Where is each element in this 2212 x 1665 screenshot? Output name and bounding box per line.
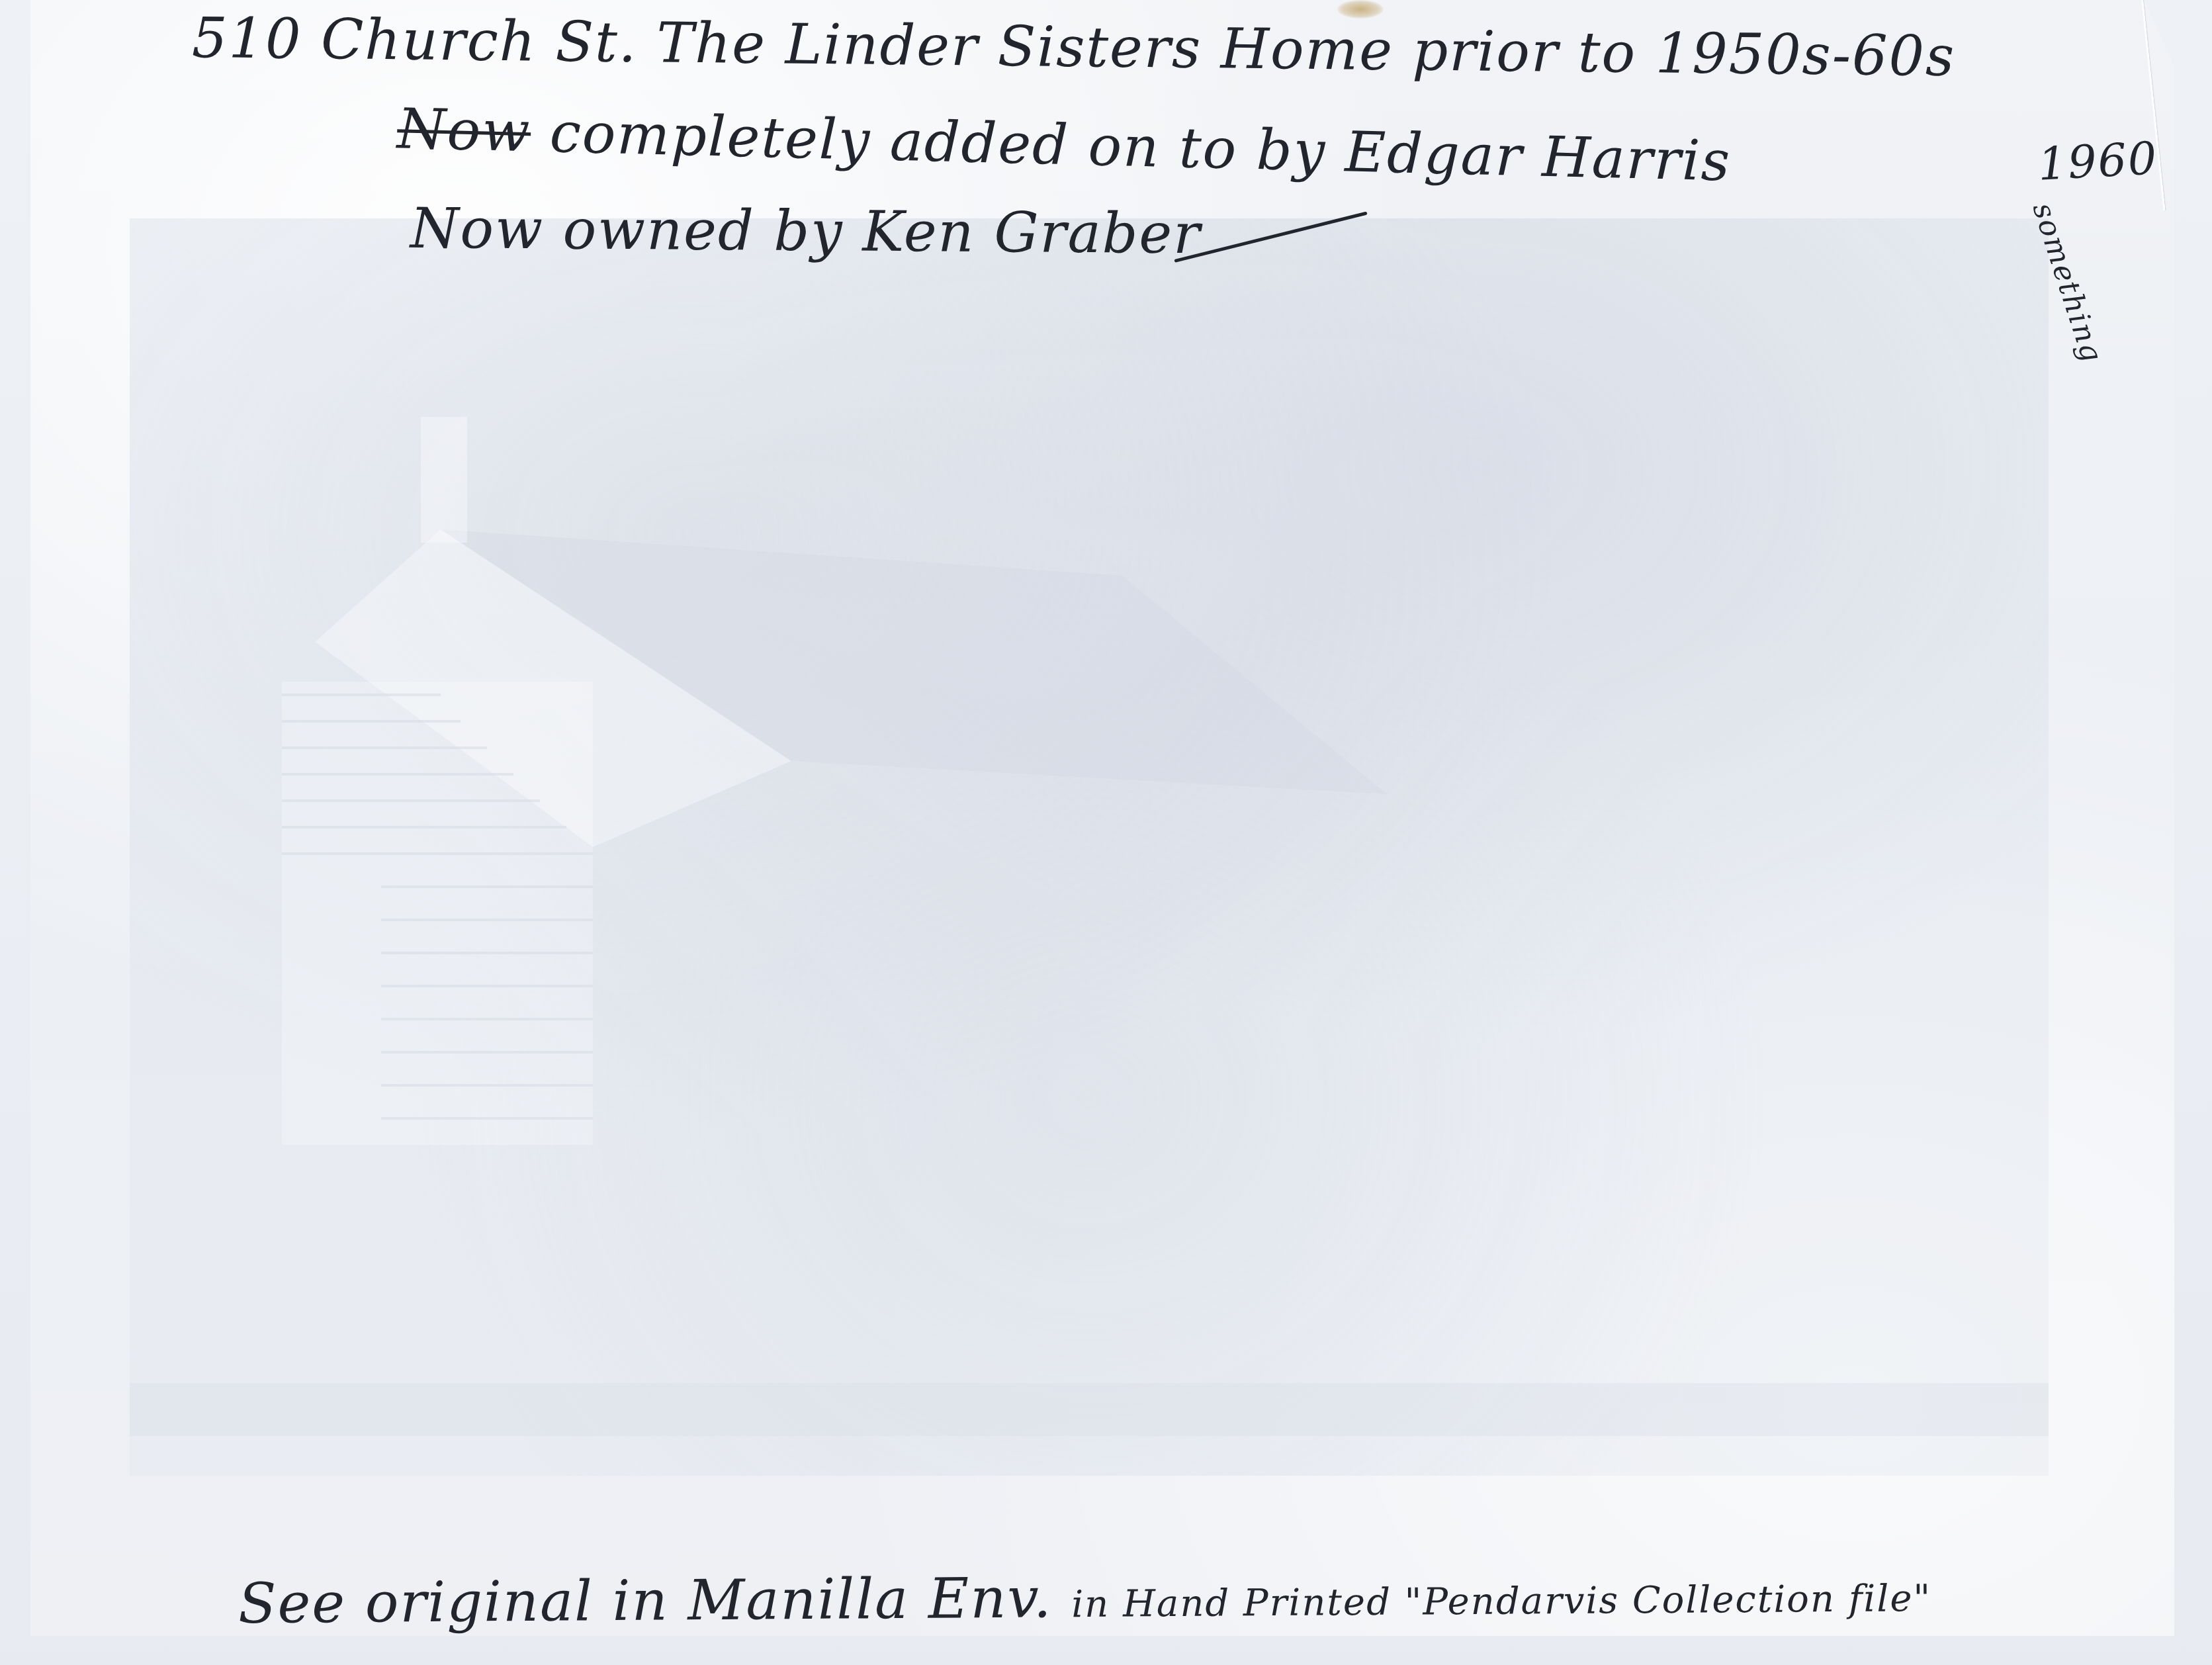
note-year: 1960	[2037, 132, 2159, 191]
struck-word: Now	[396, 96, 531, 164]
stain-mark	[1337, 0, 1384, 19]
note-line-reference: See original in Manilla Env. in Hand Pri…	[238, 1559, 1932, 1636]
note-line-owner: Now owned by Ken Graber	[410, 196, 1202, 266]
note-reference-small: in Hand Printed "Pendarvis Collection fi…	[1071, 1577, 1931, 1626]
note-reference-main: See original in Manilla Env.	[238, 1565, 1072, 1636]
house-show-through-image	[130, 218, 2049, 1476]
